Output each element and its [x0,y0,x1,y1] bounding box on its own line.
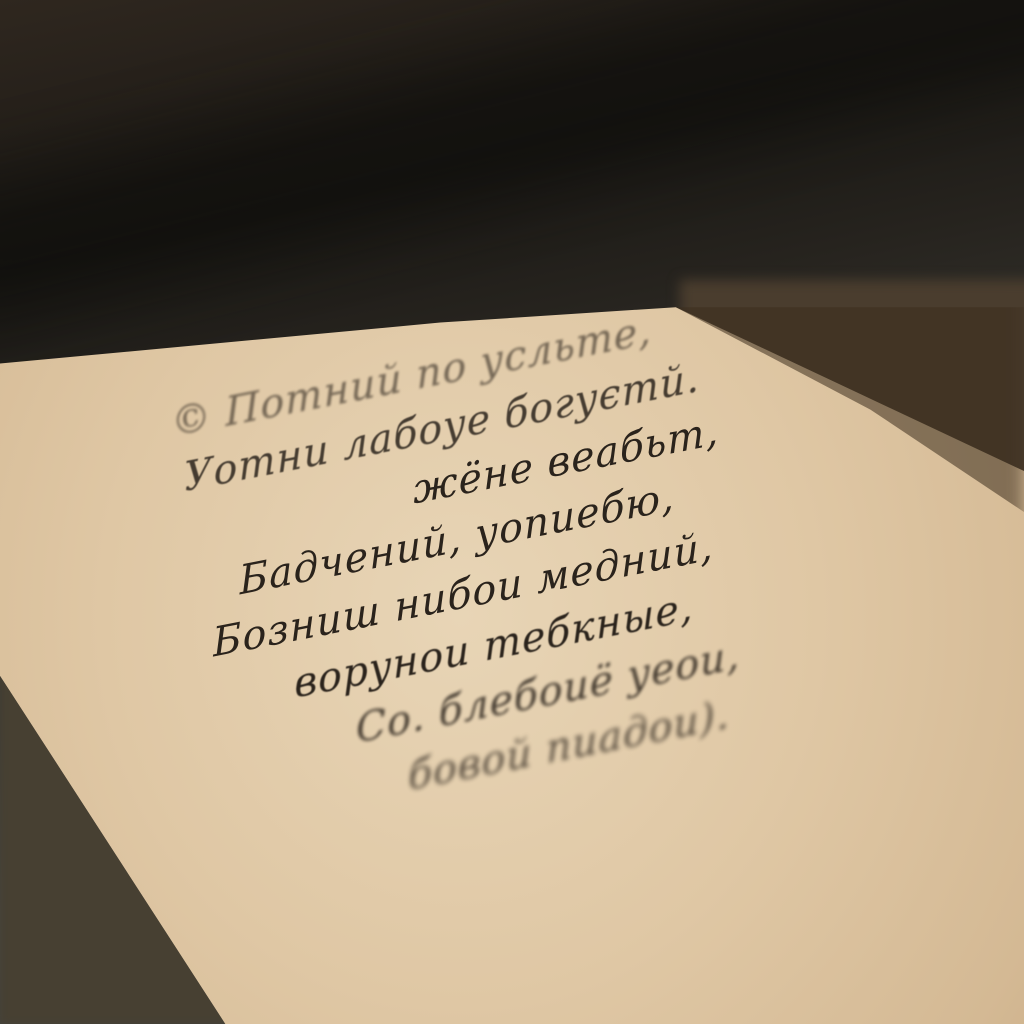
photo-scene: © Потний по усльте, Уотни лабоуе богуєтй… [0,0,1024,1024]
